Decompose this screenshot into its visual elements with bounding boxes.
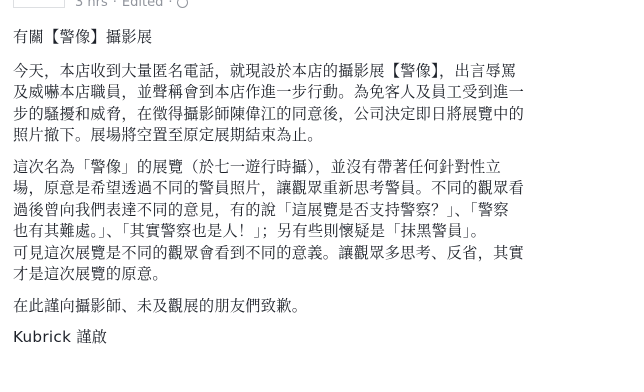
facebook-post: 3 hrs · Edited · 有關【警像】攝影展 今天，本店收到大量匿名電話…: [0, 0, 644, 392]
post-signature: Kubrick 謹啟: [13, 327, 633, 349]
post-paragraph-2: 這次名為「警像」的展覽（於七一遊行時攝），並沒有帶著任何針對性立 場，原意是希望…: [13, 157, 633, 286]
post-timestamp[interactable]: 3 hrs: [75, 0, 108, 10]
avatar[interactable]: [13, 0, 65, 8]
post-paragraph-3: 在此謹向攝影師、未及觀展的朋友們致歉。: [13, 296, 633, 318]
post-meta: 3 hrs · Edited ·: [75, 0, 188, 10]
post-body: 有關【警像】攝影展 今天，本店收到大量匿名電話，就現設於本店的攝影展【警像】，出…: [13, 27, 633, 359]
post-title: 有關【警像】攝影展: [13, 27, 633, 49]
meta-separator: ·: [168, 0, 172, 10]
post-paragraph-1: 今天，本店收到大量匿名電話，就現設於本店的攝影展【警像】，出言辱罵 及威嚇本店職…: [13, 61, 633, 147]
post-header: 3 hrs · Edited ·: [13, 0, 188, 6]
globe-icon[interactable]: [177, 0, 188, 8]
edited-label[interactable]: Edited: [122, 0, 163, 10]
meta-separator: ·: [113, 0, 117, 10]
